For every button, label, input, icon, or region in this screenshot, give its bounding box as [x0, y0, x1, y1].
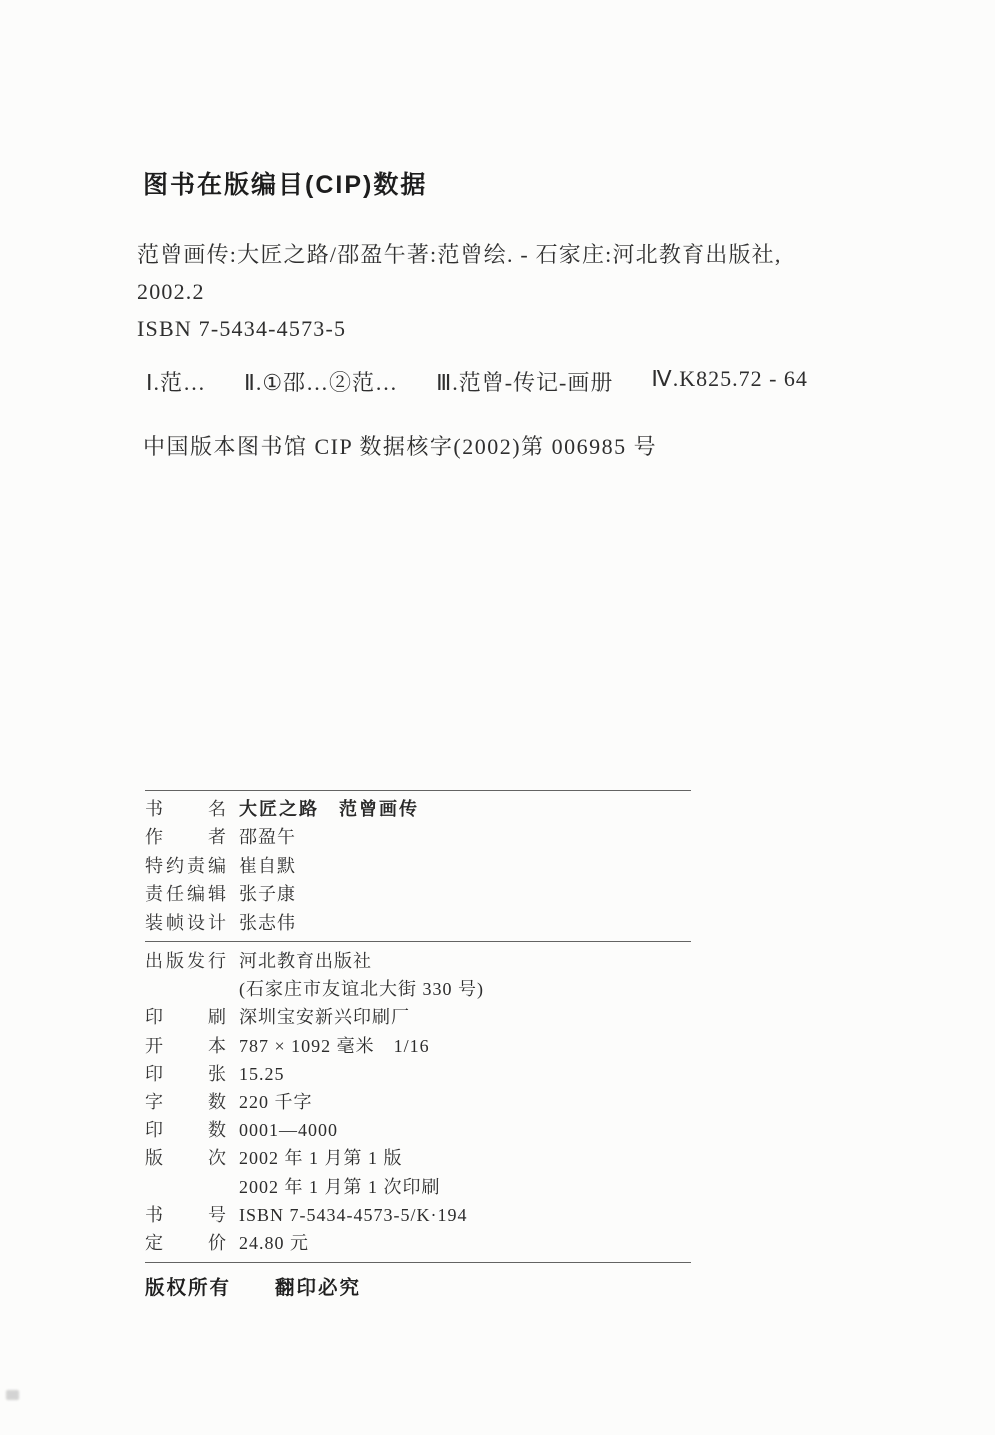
row-value: (石家庄市友谊北大街 330 号) [239, 975, 484, 1003]
table-row-format: 开本 787 × 1092 毫米 1/16 [145, 1032, 691, 1060]
cip-header: 图书在版编目(CIP)数据 [143, 165, 427, 201]
colophon-table: 书名 大匠之路 范曾画传 作者 邵盈午 特约责编 崔自默 责任编辑 张子康 装帧… [145, 790, 691, 1300]
table-row-price: 定价 24.80 元 [145, 1229, 691, 1257]
bib-line-1: 范曾画传:大匠之路/邵盈午著:范曾绘. - 石家庄:河北教育出版社, [137, 236, 917, 273]
row-label: 印刷 [145, 1003, 226, 1031]
row-value: 787 × 1092 毫米 1/16 [239, 1032, 430, 1060]
table-row-publisher: 出版发行 河北教育出版社 [145, 947, 691, 975]
bibliography-block: 范曾画传:大匠之路/邵盈午著:范曾绘. - 石家庄:河北教育出版社, 2002.… [137, 236, 917, 347]
table-row-special-editor: 特约责编 崔自默 [145, 852, 691, 880]
classification-item-1: Ⅰ.范… [146, 366, 206, 397]
row-value: 河北教育出版社 [239, 947, 372, 975]
row-value: 24.80 元 [239, 1229, 309, 1257]
row-label: 责任编辑 [145, 880, 226, 908]
row-label-spacer [145, 1173, 226, 1201]
row-value: 2002 年 1 月第 1 次印刷 [239, 1173, 441, 1201]
row-label: 定价 [145, 1229, 226, 1257]
row-label: 版次 [145, 1144, 226, 1172]
row-value: 0001—4000 [239, 1116, 338, 1144]
row-value: 张子康 [239, 880, 296, 908]
copyright-notice: 版权所有 翻印必究 [145, 1272, 691, 1300]
copyright-notice-left: 版权所有 [145, 1272, 231, 1300]
table-row-book-number: 书号 ISBN 7-5434-4573-5/K·194 [145, 1201, 691, 1229]
row-label: 书名 [145, 795, 226, 823]
row-value: 邵盈午 [239, 823, 296, 851]
row-value: 220 千字 [239, 1088, 313, 1116]
row-label: 开本 [145, 1032, 226, 1060]
table-row-sheets: 印张 15.25 [145, 1060, 691, 1088]
table-row-title: 书名 大匠之路 范曾画传 [145, 795, 691, 823]
row-value: 崔自默 [239, 852, 296, 880]
row-value: 15.25 [239, 1060, 285, 1088]
row-label: 印张 [145, 1060, 226, 1088]
scan-artifact-mark [6, 1390, 19, 1400]
table-row-publisher-address: (石家庄市友谊北大街 330 号) [145, 975, 691, 1003]
row-label: 字数 [145, 1088, 226, 1116]
copyright-notice-right: 翻印必究 [275, 1272, 361, 1300]
bib-line-2: 2002.2 [137, 273, 917, 310]
table-row-responsible-editor: 责任编辑 张子康 [145, 880, 691, 908]
table-row-word-count: 字数 220 千字 [145, 1088, 691, 1116]
table-row-edition: 版次 2002 年 1 月第 1 版 [145, 1144, 691, 1172]
row-value: 2002 年 1 月第 1 版 [239, 1144, 403, 1172]
row-value: ISBN 7-5434-4573-5/K·194 [239, 1201, 468, 1229]
divider-rule-bottom [145, 1262, 691, 1263]
bib-isbn: ISBN 7-5434-4573-5 [137, 310, 917, 347]
table-row-design: 装帧设计 张志伟 [145, 909, 691, 937]
row-value: 张志伟 [239, 909, 296, 937]
row-label: 印数 [145, 1116, 226, 1144]
row-label: 装帧设计 [145, 909, 226, 937]
colophon-section-editorial: 书名 大匠之路 范曾画传 作者 邵盈午 特约责编 崔自默 责任编辑 张子康 装帧… [145, 791, 691, 941]
classification-item-4: Ⅳ.K825.72 - 64 [651, 366, 808, 397]
row-label: 出版发行 [145, 947, 226, 975]
row-label-spacer [145, 975, 226, 1003]
cip-record: 中国版本图书馆 CIP 数据核字(2002)第 006985 号 [143, 430, 657, 461]
book-copyright-page: 图书在版编目(CIP)数据 范曾画传:大匠之路/邵盈午著:范曾绘. - 石家庄:… [0, 0, 995, 1435]
table-row-print-run: 印数 0001—4000 [145, 1116, 691, 1144]
row-label: 书号 [145, 1201, 226, 1229]
table-row-printer: 印刷 深圳宝安新兴印刷厂 [145, 1003, 691, 1031]
classification-line: Ⅰ.范… Ⅱ.①邵…②范… Ⅲ.范曾-传记-画册 Ⅳ.K825.72 - 64 [146, 366, 808, 397]
row-value: 深圳宝安新兴印刷厂 [239, 1003, 410, 1031]
table-row-author: 作者 邵盈午 [145, 823, 691, 851]
row-label: 作者 [145, 823, 226, 851]
classification-item-2: Ⅱ.①邵…②范… [244, 366, 398, 397]
row-value: 大匠之路 范曾画传 [239, 795, 419, 823]
row-label: 特约责编 [145, 852, 226, 880]
classification-item-3: Ⅲ.范曾-传记-画册 [436, 366, 613, 397]
colophon-section-printing: 出版发行 河北教育出版社 (石家庄市友谊北大街 330 号) 印刷 深圳宝安新兴… [145, 942, 691, 1262]
table-row-edition-printing: 2002 年 1 月第 1 次印刷 [145, 1173, 691, 1201]
